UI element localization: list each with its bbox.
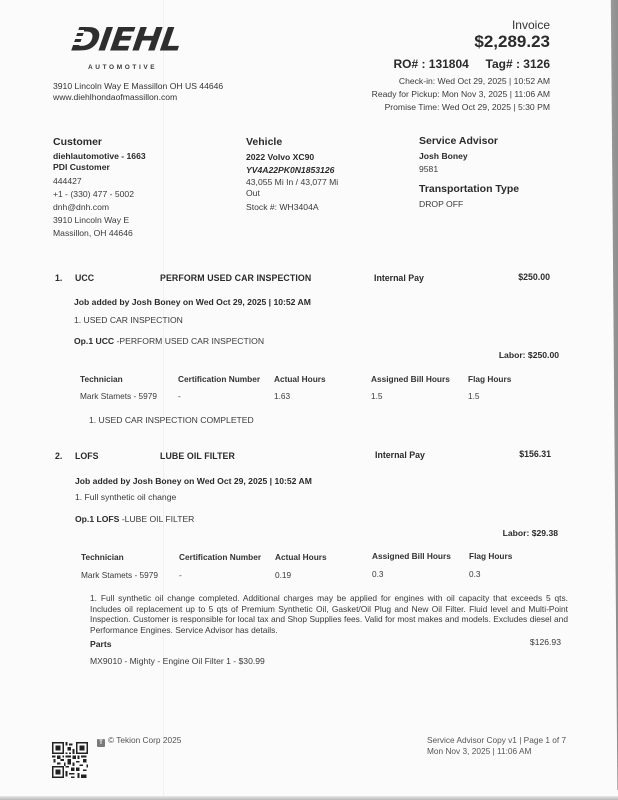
transportation-title: Transportation Type [419, 183, 519, 196]
customer-id: 444427 [53, 175, 146, 188]
service-advisor-section: Service Advisor Josh Boney 9581 Transpor… [419, 135, 519, 211]
scan-bottom-edge [0, 796, 618, 800]
cell-flag-hours: 0.3 [469, 569, 481, 579]
cell-actual-hours: 0.19 [275, 570, 291, 580]
job-amount: $250.00 [518, 272, 550, 282]
footer-copy-page-info: Service Advisor Copy v1 | Page 1 of 7 [427, 735, 566, 745]
qr-code [52, 742, 88, 778]
logo-wordmark: DIEHL [69, 21, 184, 59]
ro-number: RO# : 131804 [393, 57, 468, 71]
vehicle-title: Vehicle [246, 136, 338, 149]
dealer-address: 3910 Lincoln Way E Massillon OH US 44646 [53, 81, 223, 92]
th-actual-hours: Actual Hours [275, 552, 327, 562]
vehicle-stock: Stock #: WH3404A [246, 201, 338, 214]
th-certification: Certification Number [178, 374, 260, 384]
parts-total: $126.93 [530, 637, 561, 647]
ro-tag-line: RO# : 131804 Tag# : 3126 [393, 57, 550, 71]
job-code: LOFS [75, 451, 98, 461]
operation-description: -PERFORM USED CAR INSPECTION [114, 336, 264, 346]
job-code: UCC [75, 273, 94, 283]
invoice-page: DIEHL AUTOMOTIVE 3910 Lincoln Way E Mass… [0, 0, 618, 800]
cell-certification: - [178, 391, 181, 401]
vehicle-model: 2022 Volvo XC90 [246, 151, 338, 164]
vehicle-mileage-out: Out [246, 188, 338, 199]
operation-code: Op.1 LOFS [75, 514, 119, 524]
check-in-time: Check-in: Wed Oct 29, 2025 | 10:52 AM [399, 76, 550, 86]
logo-speed-stripes-icon [66, 30, 84, 56]
scan-edge-shadow [606, 0, 618, 790]
job-pay-type: Internal Pay [374, 273, 424, 283]
advisor-id: 9581 [419, 163, 519, 176]
tag-number: Tag# : 3126 [486, 57, 550, 71]
th-assigned-hours: Assigned Bill Hours [371, 374, 450, 384]
job-description: PERFORM USED CAR INSPECTION [160, 273, 311, 283]
cell-assigned-hours: 0.3 [372, 569, 384, 579]
invoice-total: $2,289.23 [474, 32, 550, 52]
cell-certification: - [179, 570, 182, 580]
customer-section: Customer diehlautomotive - 1663 PDI Cust… [53, 136, 146, 240]
cell-flag-hours: 1.5 [468, 391, 480, 401]
cell-technician: Mark Stamets - 5979 [80, 391, 157, 401]
job-amount: $156.31 [519, 449, 551, 459]
th-flag-hours: Flag Hours [469, 551, 512, 561]
scan-fold-line [163, 0, 164, 800]
logo-subtext: AUTOMOTIVE [88, 64, 157, 71]
job-story: 1. Full synthetic oil change completed. … [90, 593, 568, 635]
advisor-title: Service Advisor [419, 135, 519, 148]
vehicle-section: Vehicle 2022 Volvo XC90 YV4A22PK0N185312… [246, 136, 338, 214]
customer-email: dnh@dnh.com [53, 201, 146, 214]
footer-copyright: T© Tekion Corp 2025 [97, 735, 181, 747]
transportation-type: DROP OFF [419, 198, 519, 211]
customer-city: Massillon, OH 44646 [53, 227, 146, 240]
job-labor-total: Labor: $29.38 [503, 528, 558, 538]
th-actual-hours: Actual Hours [274, 374, 326, 384]
customer-type: PDI Customer [53, 162, 146, 173]
th-certification: Certification Number [179, 552, 261, 562]
job-pay-type: Internal Pay [375, 450, 425, 460]
job-added-by: Job added by Josh Boney on Wed Oct 29, 2… [74, 297, 311, 307]
customer-street: 3910 Lincoln Way E [53, 214, 146, 227]
job-operation: Op.1 LOFS -LUBE OIL FILTER [75, 514, 194, 524]
job-concern: 1. USED CAR INSPECTION [74, 315, 183, 325]
invoice-label: Invoice [512, 18, 550, 32]
customer-title: Customer [53, 136, 146, 149]
part-line-item: MX9010 - Mighty - Engine Oil Filter 1 - … [90, 656, 265, 666]
job-concern: 1. Full synthetic oil change [75, 492, 176, 502]
cell-technician: Mark Stamets - 5979 [81, 570, 158, 580]
cell-actual-hours: 1.63 [274, 391, 290, 401]
operation-code: Op.1 UCC [74, 336, 114, 346]
job-story: 1. USED CAR INSPECTION COMPLETED [89, 415, 254, 425]
job-labor-total: Labor: $250.00 [499, 350, 559, 360]
tekion-logo-icon: T [97, 739, 105, 747]
job-description: LUBE OIL FILTER [160, 451, 235, 461]
customer-phone: +1 - (330) 477 - 5002 [53, 188, 146, 201]
th-flag-hours: Flag Hours [468, 374, 511, 384]
th-technician: Technician [80, 374, 123, 384]
th-assigned-hours: Assigned Bill Hours [372, 551, 451, 561]
job-added-by: Job added by Josh Boney on Wed Oct 29, 2… [75, 476, 312, 486]
ready-for-pickup-time: Ready for Pickup: Mon Nov 3, 2025 | 11:0… [372, 89, 550, 99]
job-operation: Op.1 UCC -PERFORM USED CAR INSPECTION [74, 336, 264, 346]
footer-printed-time: Mon Nov 3, 2025 | 11:06 AM [427, 746, 531, 756]
job-number: 1. [55, 273, 62, 283]
vehicle-vin: YV4A22PK0N1853126 [246, 164, 338, 177]
dealer-logo: DIEHL AUTOMOTIVE [66, 24, 182, 70]
cell-assigned-hours: 1.5 [371, 391, 383, 401]
parts-title: Parts [90, 639, 112, 649]
job-number: 2. [55, 451, 62, 461]
dealer-website: www.diehlhondaofmassillon.com [53, 92, 177, 103]
promise-time: Promise Time: Wed Oct 29, 2025 | 5:30 PM [385, 102, 550, 112]
customer-name: diehlautomotive - 1663 [53, 151, 146, 162]
copyright-text: © Tekion Corp 2025 [108, 735, 181, 745]
th-technician: Technician [81, 552, 124, 562]
operation-description: -LUBE OIL FILTER [119, 514, 194, 524]
advisor-name: Josh Boney [419, 150, 519, 163]
vehicle-mileage: 43,055 Mi In / 43,077 Mi [246, 177, 338, 188]
